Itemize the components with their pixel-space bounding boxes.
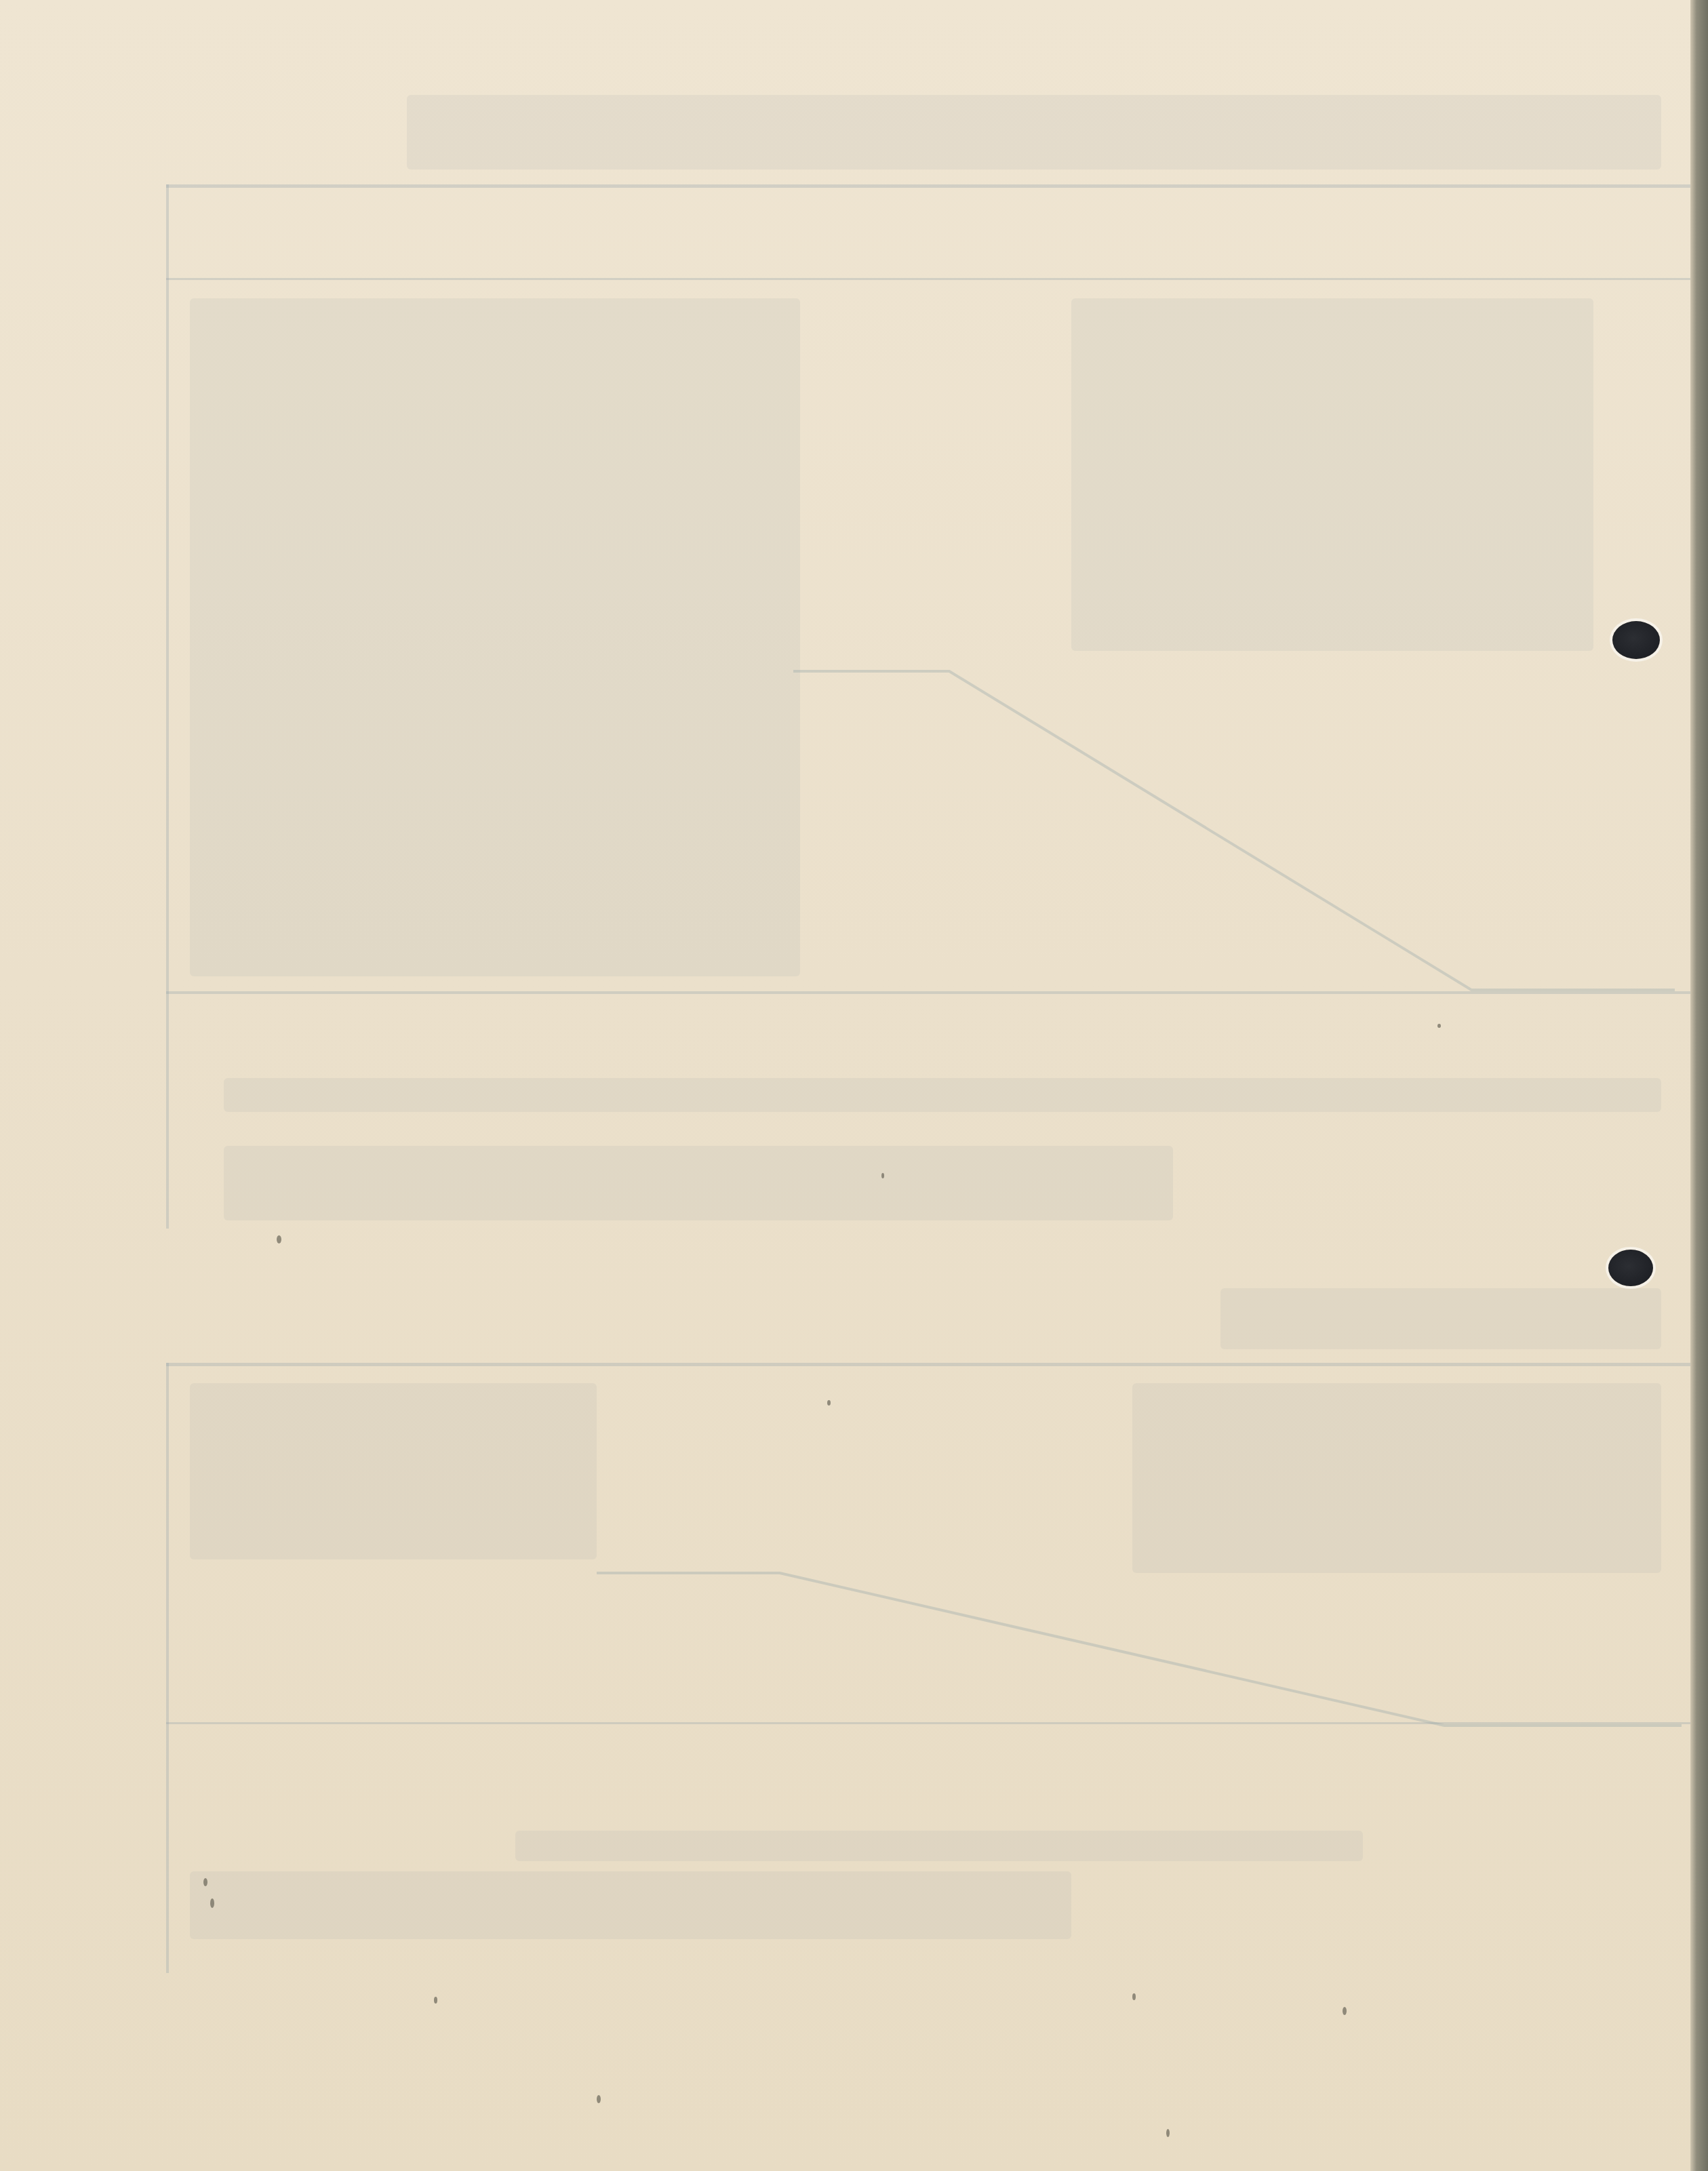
punch-hole	[1612, 621, 1660, 659]
dust-speck	[881, 1173, 884, 1178]
dust-speck	[210, 1898, 214, 1908]
dust-speck	[597, 2095, 601, 2103]
dust-speck	[203, 1878, 207, 1886]
dust-speck	[1132, 1993, 1136, 2000]
dust-speck	[277, 1235, 281, 1243]
dust-speck	[827, 1400, 831, 1406]
page-right-edge	[1690, 0, 1708, 2171]
dust-speck	[434, 1997, 437, 2004]
paper-page	[0, 0, 1708, 2171]
punch-hole	[1608, 1250, 1653, 1286]
show-through-diagonal-lines	[0, 0, 1708, 2171]
dust-speck	[1343, 2007, 1347, 2015]
dust-speck	[1166, 2129, 1170, 2137]
dust-speck	[1437, 1024, 1441, 1028]
